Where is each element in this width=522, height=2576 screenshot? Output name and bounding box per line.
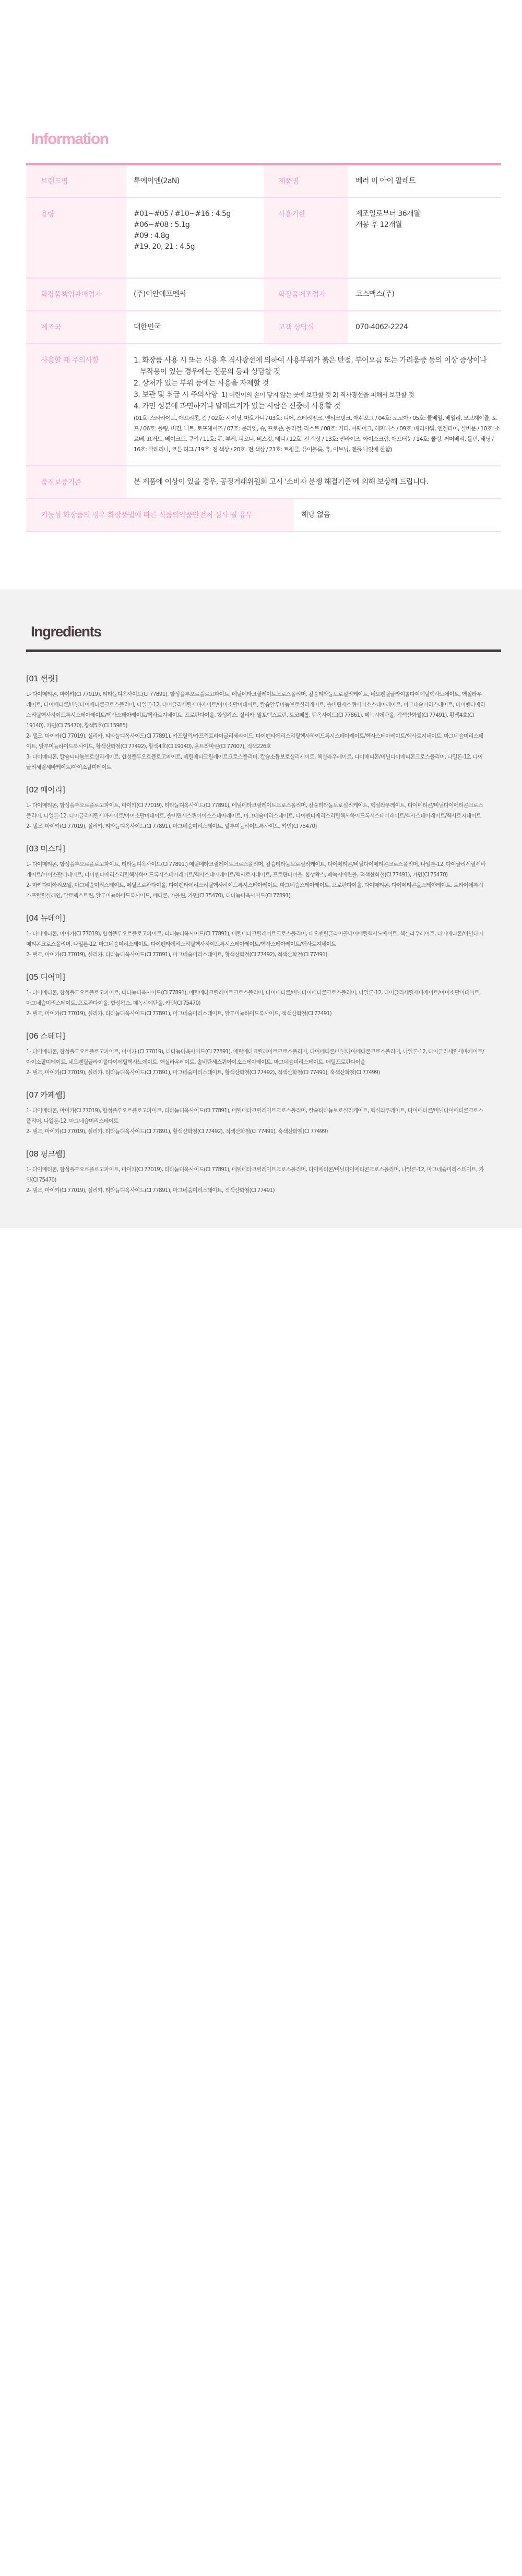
ingredient-list: 2- 탤크, 마이카(CI 77019), 실리카, 티타늄디옥사이드(CI 7…: [26, 821, 485, 832]
ingredient-list: 2- 탤크, 마이카(CI 77019), 실리카, 티타늄디옥사이드(CI 7…: [26, 1008, 485, 1019]
ingredient-group-heading: [08 핑크웹]: [26, 1148, 501, 1159]
ingredients-title: Ingredients: [31, 623, 501, 640]
brand-label: 브랜드명: [26, 165, 126, 197]
caution-item-sub: 1) 어린이의 손이 닿지 않는 곳에 보관할 것 2) 직사광선을 피해서 보…: [221, 391, 414, 399]
ingredient-group-heading: [06 스테디]: [26, 1030, 501, 1041]
information-section: Information 브랜드명 투에이엔(2aN) 제품명 베러 미 아이 팔…: [0, 0, 522, 589]
ingredient-list: 3- 다이메티콘, 칼슘티타늄보로실리케이트, 합성플루오르플로고파이트, 메틸…: [26, 752, 485, 773]
ingredient-group-heading: [01 썬릿]: [26, 673, 501, 684]
caution-item: 2. 상처가 있는 부위 등에는 사용을 자제할 것: [134, 378, 501, 389]
brand-value: 투에이엔(2aN): [126, 165, 264, 197]
manufacturer-label: 화장품제조업자: [264, 279, 348, 310]
volume-line: #06~#08 : 5.1g: [134, 220, 264, 231]
caution-item: 1. 화장품 사용 시 또는 사용 후 직사광선에 의하여 사용부위가 붉은 반…: [134, 355, 501, 366]
ingredient-list: 1- 다이메티콘, 합성플루오르플로고파이트, 마이카(CI 77019), 티…: [26, 800, 485, 821]
ingredient-list: 2- 탤크, 마이카(CI 77019), 실리카, 티타늄디옥사이드(CI 7…: [26, 731, 485, 752]
country-value: 대한민국: [126, 311, 264, 343]
ingredient-group: [04 뉴데이] 1- 다이메티콘, 마이카(CI 77019), 합성플루오르…: [26, 912, 501, 960]
info-row-caution: 사용할 때 주의사항 1. 화장품 사용 시 또는 사용 후 직사광선에 의하여…: [26, 344, 501, 466]
expiry-label: 사용기한: [264, 198, 348, 278]
ingredient-group-heading: [07 카페웹]: [26, 1089, 501, 1100]
expiry-line: 개봉 후 12개월: [355, 220, 501, 231]
ingredient-group-heading: [03 미스티]: [26, 843, 501, 854]
ingredient-list: 1- 다이메티콘, 합성플루오르플로고파이트, 마이카(CI 77019), 티…: [26, 1164, 485, 1185]
info-row-country: 제조국 대한민국 고객 상담실 070-4062-2224: [26, 311, 501, 344]
ingredient-group: [05 디어미] 1- 다이메티콘, 합성플루오르플로고파이트, 티타늄디옥사이…: [26, 971, 501, 1019]
volume-line: #01~#05 / #10~#16 : 4.5g: [134, 209, 264, 220]
info-row-seller: 화장품책임판매업자 (주)이안에프엔씨 화장품제조업자 코스맥스(주): [26, 279, 501, 311]
ingredient-group-heading: [04 뉴데이]: [26, 912, 501, 923]
ingredient-list: 2- 탤크, 마이카(CI 77019), 실리카, 티타늄디옥사이드(CI 7…: [26, 1126, 485, 1137]
ingredient-group-heading: [02 페어리]: [26, 784, 501, 795]
ingredient-list: 1- 다이메티콘, 마이카(CI 77019), 합성플루오르플로고파이트, 티…: [26, 929, 485, 949]
functional-value: 해당 없음: [294, 499, 501, 531]
caution-item: 4. 카민 성분에 과민하거나 알레르기가 있는 사람은 신중히 사용할 것: [134, 401, 501, 412]
ingredient-list: 1- 다이메티콘, 합성플루오르플로고파이트, 마이카 (CI 77019), …: [26, 1046, 485, 1067]
seller-label: 화장품책임판매업자: [26, 279, 126, 310]
ingredient-list: 1- 다이메티콘, 합성플루오르플로고파이트, 티타늄디옥사이드(CI 7789…: [26, 988, 485, 1008]
quality-value: 본 제품에 이상이 있을 경우, 공정거래위원회 고시 '소비자 분쟁 해결기준…: [126, 466, 501, 498]
information-table: 브랜드명 투에이엔(2aN) 제품명 베러 미 아이 팔레트 용량 #01~#0…: [26, 163, 501, 532]
ingredient-group-heading: [05 디어미]: [26, 971, 501, 982]
product-name-value: 베러 미 아이 팔레트: [348, 165, 501, 197]
info-row-quality: 품질보증기준 본 제품에 이상이 있을 경우, 공정거래위원회 고시 '소비자 …: [26, 466, 501, 499]
ingredient-list: 1- 다이메티콘, 합성플루오르플로고파이트, 티타늄디옥사이드(CI 7789…: [26, 859, 485, 880]
caution-item: 부작용이 있는 경우에는 전문의 등과 상담할 것: [134, 366, 501, 378]
info-row-functional: 기능성 화장품의 경우 화장품법에 따른 식품의약품안전처 심사 필 유무 해당…: [26, 499, 501, 532]
ingredient-list: 1- 다이메티콘, 마이카(CI 77019), 티타늄디옥사이드(CI 778…: [26, 689, 485, 731]
ingredient-group: [02 페어리] 1- 다이메티콘, 합성플루오르플로고파이트, 마이카(CI …: [26, 784, 501, 832]
volume-value: #01~#05 / #10~#16 : 4.5g #06~#08 : 5.1g …: [126, 198, 264, 278]
ingredient-group: [03 미스티] 1- 다이메티콘, 합성플루오르플로고파이트, 티타늄디옥사이…: [26, 843, 501, 901]
volume-line: #19, 20, 21 : 4.5g: [134, 242, 264, 252]
volume-line: #09 : 4.8g: [134, 231, 264, 242]
volume-label: 용량: [26, 198, 126, 278]
caution-item-title: 3. 보관 및 취급 시 주의사항: [134, 391, 218, 399]
expiry-value: 제조일로부터 36개월 개봉 후 12개월: [348, 198, 501, 278]
ingredient-list: 1- 다이메티콘, 마이카(CI 77019), 합성플루오르플로고파이트, 티…: [26, 1105, 485, 1126]
product-name-label: 제품명: [264, 165, 348, 197]
caution-note: (01호: 스타라이트, 애프리콧, 캄 / 02호: 샤이닝, 마호가니 / …: [134, 413, 501, 455]
caution-label: 사용할 때 주의사항: [26, 344, 126, 465]
info-row-volume: 용량 #01~#05 / #10~#16 : 4.5g #06~#08 : 5.…: [26, 198, 501, 279]
caution-value: 1. 화장품 사용 시 또는 사용 후 직사광선에 의하여 사용부위가 붉은 반…: [126, 344, 501, 465]
ingredient-list: 2- 탤크, 마이카(CI 77019), 실리카, 티타늄디옥사이드(CI 7…: [26, 949, 485, 960]
functional-label: 기능성 화장품의 경우 화장품법에 따른 식품의약품안전처 심사 필 유무: [26, 499, 294, 531]
ingredient-list: 2- 탤크, 마이카(CI 77019), 실리카, 티타늄디옥사이드(CI 7…: [26, 1067, 485, 1078]
ingredient-group: [06 스테디] 1- 다이메티콘, 합성플루오르플로고파이트, 마이카 (CI…: [26, 1030, 501, 1078]
manufacturer-value: 코스맥스(주): [348, 279, 501, 310]
seller-value: (주)이안에프엔씨: [126, 279, 264, 310]
ingredient-group: [08 핑크웹] 1- 다이메티콘, 합성플루오르플로고파이트, 마이카(CI …: [26, 1148, 501, 1196]
country-label: 제조국: [26, 311, 126, 343]
customer-service-value: 070-4062-2224: [348, 311, 501, 343]
customer-service-label: 고객 상담실: [264, 311, 348, 343]
caution-item: 3. 보관 및 취급 시 주의사항 1) 어린이의 손이 닿지 않는 곳에 보관…: [134, 389, 501, 401]
caution-list: 1. 화장품 사용 시 또는 사용 후 직사광선에 의하여 사용부위가 붉은 반…: [134, 355, 501, 412]
information-title: Information: [31, 130, 501, 148]
quality-label: 품질보증기준: [26, 466, 126, 498]
info-row-brand: 브랜드명 투에이엔(2aN) 제품명 베러 미 아이 팔레트: [26, 165, 501, 198]
ingredient-list: 2- 탤크, 마이카(CI 77019), 실리카, 티타늄디옥사이드(CI 7…: [26, 1185, 485, 1196]
ingredient-group: [01 썬릿] 1- 다이메티콘, 마이카(CI 77019), 티타늄디옥사이…: [26, 673, 501, 773]
ingredients-divider: [26, 649, 501, 652]
ingredient-group: [07 카페웹] 1- 다이메티콘, 마이카(CI 77019), 합성플루오르…: [26, 1089, 501, 1137]
expiry-line: 제조일로부터 36개월: [355, 209, 501, 220]
ingredient-list: 2- 마카다미아씨오일, 마그네슘미리스테이트, 메틸프로판다이올, 다이펜타에…: [26, 880, 485, 901]
ingredients-section: Ingredients [01 썬릿] 1- 다이메티콘, 마이카(CI 770…: [0, 589, 522, 1228]
